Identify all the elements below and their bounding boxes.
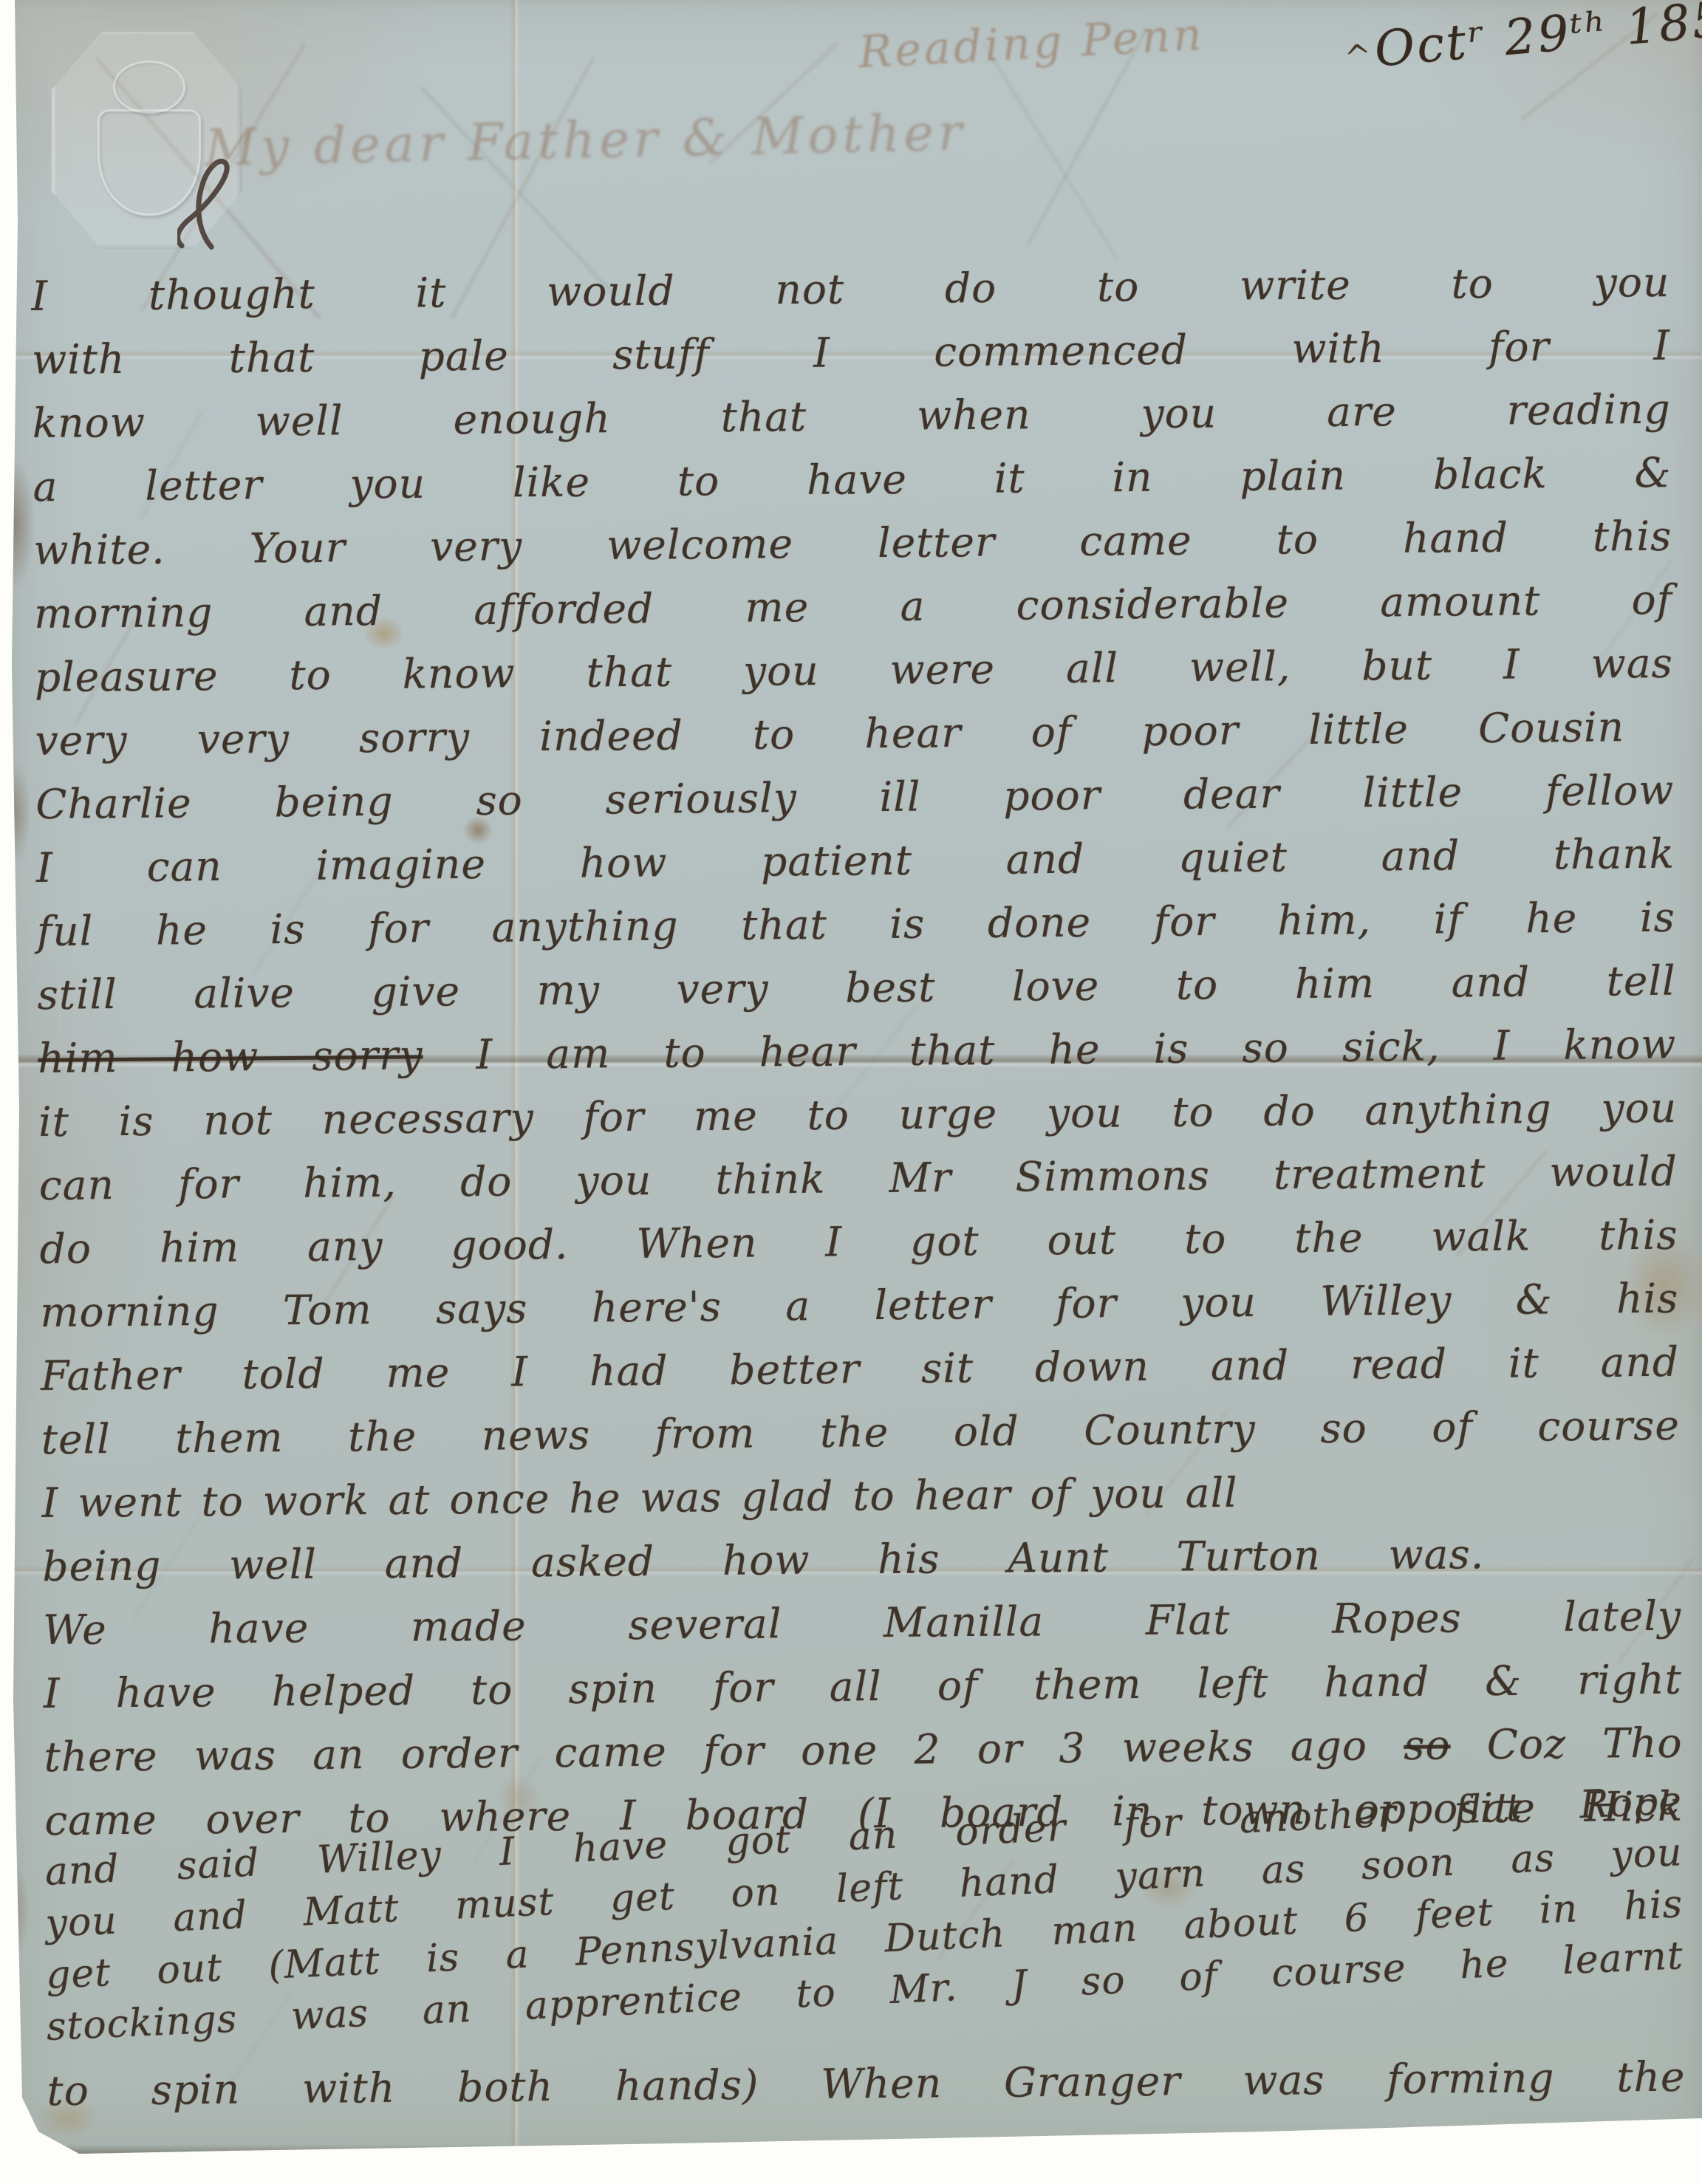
date-line: Octʳ 29ᵗʰ 1850: [1373, 0, 1702, 78]
letter-line: to spin with both hands) When Granger wa…: [47, 2045, 1686, 2123]
letter-scan: Reading Penn ^ Octʳ 29ᵗʰ 1850 My dear Fa…: [0, 0, 1702, 2184]
letter-line: I went to work at once he was glad to he…: [41, 1461, 1238, 1535]
stain: [0, 458, 35, 591]
insertion-caret-icon: ^: [1342, 37, 1373, 78]
letter-body: I thought it would not do to write to yo…: [31, 250, 1686, 2123]
stain: [0, 761, 31, 864]
place-line: Reading Penn: [857, 9, 1206, 78]
salutation: My dear Father & Mother: [204, 99, 1195, 178]
letter-line: tell them the news from the old Country …: [41, 1394, 1681, 1471]
seal-crest-oval: [113, 61, 186, 114]
letter-page: Reading Penn ^ Octʳ 29ᵗʰ 1850 My dear Fa…: [9, 0, 1702, 2154]
stain: [0, 1861, 30, 1957]
